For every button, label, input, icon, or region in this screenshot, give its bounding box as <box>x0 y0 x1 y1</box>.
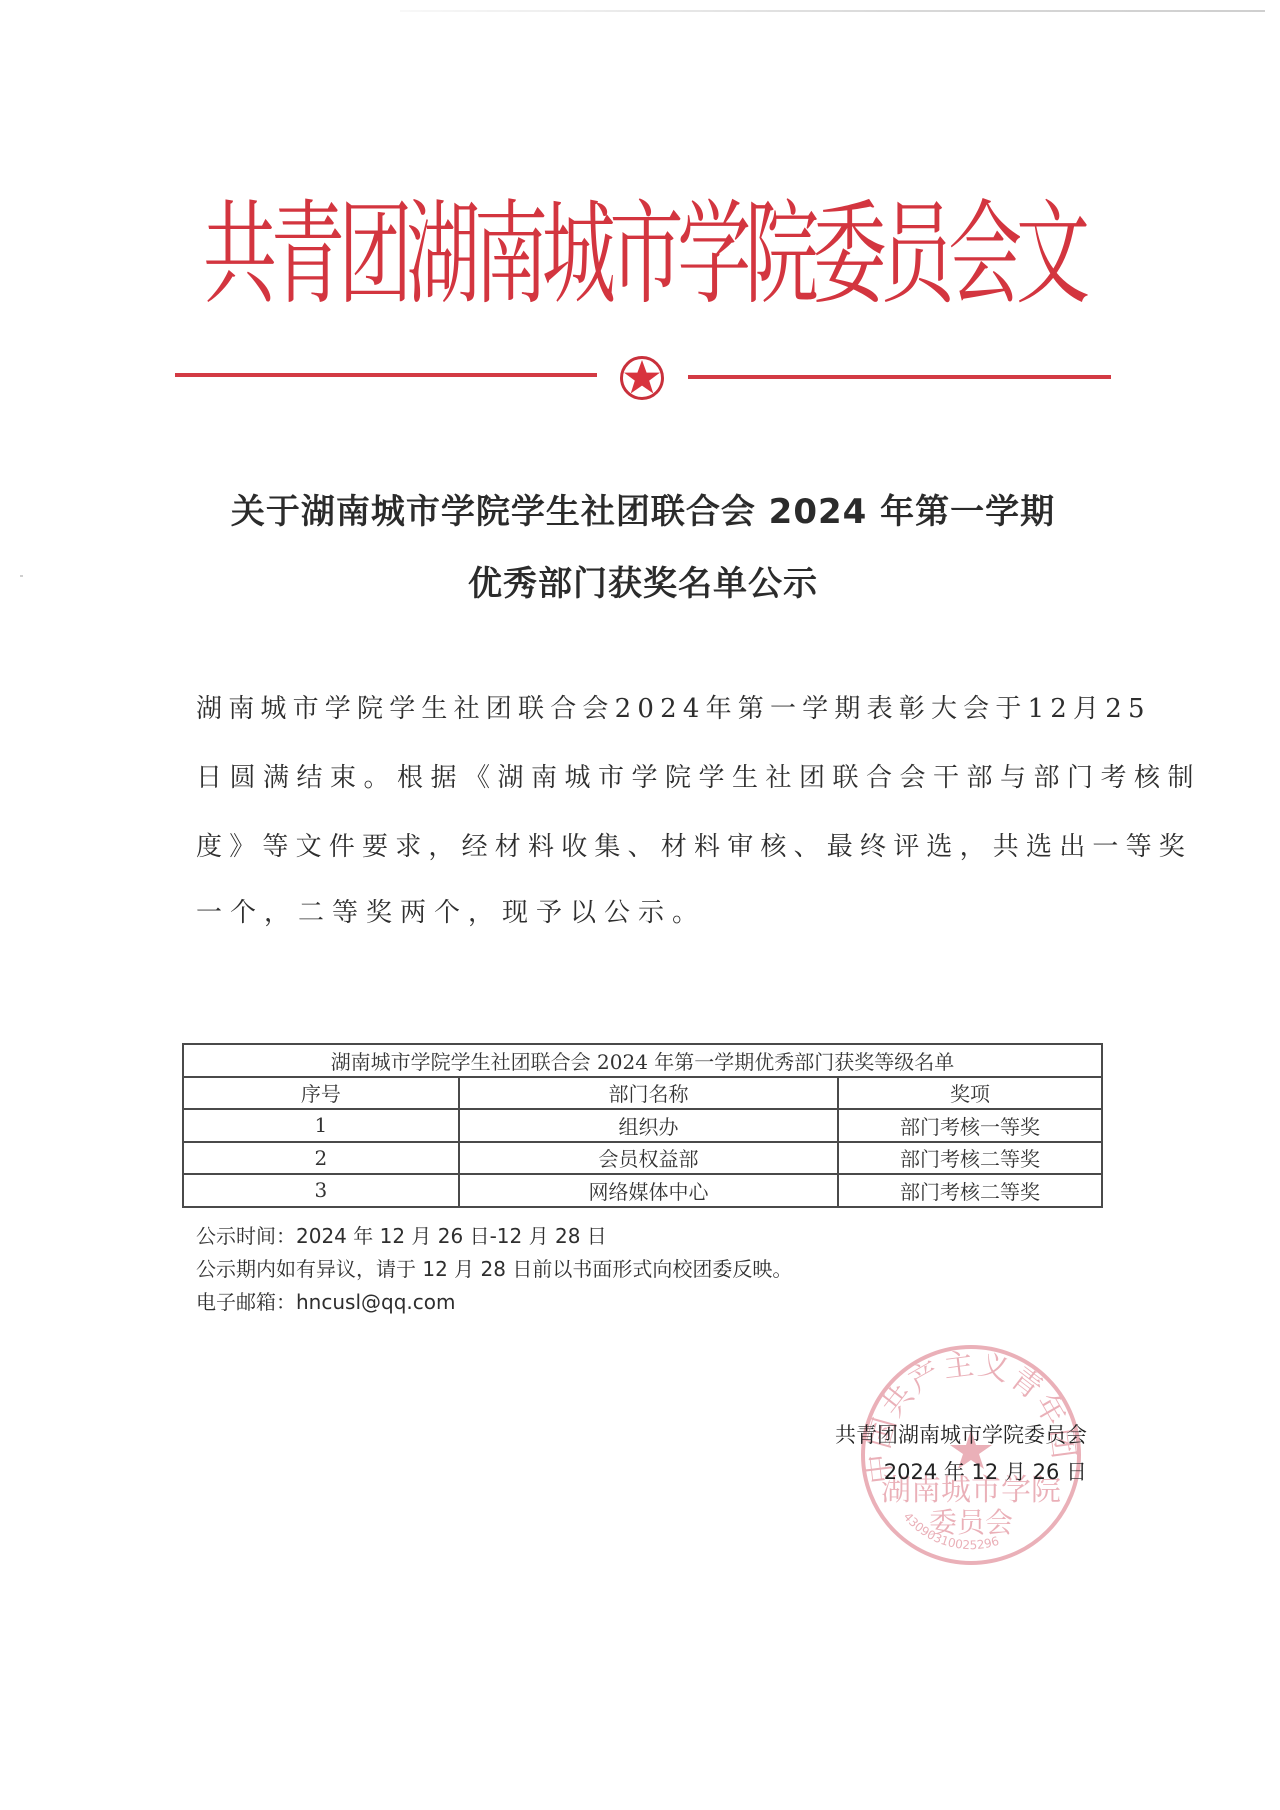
cell-award: 部门考核一等奖 <box>838 1109 1102 1142</box>
column-header-department: 部门名称 <box>459 1077 838 1110</box>
header-title-char: 院 <box>745 199 812 311</box>
cell-index: 2 <box>183 1142 459 1175</box>
column-header-index: 序号 <box>183 1077 459 1110</box>
header-title-char: 湖 <box>406 199 473 311</box>
header-title-char: 共 <box>203 199 270 311</box>
cell-award: 部门考核二等奖 <box>838 1142 1102 1175</box>
header-title-char: 团 <box>339 199 406 311</box>
cell-award: 部门考核二等奖 <box>838 1174 1102 1207</box>
body-line-1: 湖南城市学院学生社团联合会2024年第一学期表彰大会于12月25 <box>196 688 1096 725</box>
header-rule-right <box>688 375 1111 379</box>
notice-title-line1: 关于湖南城市学院学生社团联合会 2024 年第一学期 <box>3 484 1280 533</box>
header-title-char: 青 <box>271 199 338 311</box>
header-title-char: 城 <box>542 199 609 311</box>
header-title-char: 学 <box>677 199 744 311</box>
cell-department: 会员权益部 <box>459 1142 838 1175</box>
body-line-3: 度》等文件要求，经材料收集、材料审核、最终评选，共选出一等奖 <box>196 826 1096 863</box>
cell-department: 组织办 <box>459 1109 838 1142</box>
header-title-char: 委 <box>813 199 880 311</box>
header-title-char: 市 <box>610 199 677 311</box>
objection-notice: 公示期内如有异议，请于 12 月 28 日前以书面形式向校团委反映。 <box>196 1253 792 1282</box>
publicity-period: 公示时间：2024 年 12 月 26 日-12 月 28 日 <box>196 1220 607 1249</box>
body-line-4: 一个，二等奖两个，现予以公示。 <box>196 892 1096 929</box>
column-header-award: 奖项 <box>838 1077 1102 1110</box>
table-row: 3 网络媒体中心 部门考核二等奖 <box>183 1174 1102 1207</box>
header-rule-left <box>175 373 597 377</box>
contact-email: 电子邮箱：hncusl@qq.com <box>196 1286 455 1315</box>
table-header-row: 序号 部门名称 奖项 <box>183 1077 1102 1110</box>
cell-department: 网络媒体中心 <box>459 1174 838 1207</box>
table-caption-row: 湖南城市学院学生社团联合会 2024 年第一学期优秀部门获奖等级名单 <box>183 1044 1102 1077</box>
scan-artifact-line <box>400 10 1265 12</box>
cell-index: 1 <box>183 1109 459 1142</box>
official-seal-stamp-icon: 中国共产主义青年团 湖南城市学院 委员会 4309031002529​6 <box>858 1342 1084 1568</box>
award-table: 湖南城市学院学生社团联合会 2024 年第一学期优秀部门获奖等级名单 序号 部门… <box>182 1043 1103 1208</box>
red-star-emblem-icon <box>619 355 665 401</box>
table-row: 2 会员权益部 部门考核二等奖 <box>183 1142 1102 1175</box>
header-title-char: 员 <box>881 199 948 311</box>
header-title-char: 南 <box>474 199 541 311</box>
header-title-char: 会 <box>948 199 1015 311</box>
table-caption: 湖南城市学院学生社团联合会 2024 年第一学期优秀部门获奖等级名单 <box>183 1044 1102 1077</box>
table-row: 1 组织办 部门考核一等奖 <box>183 1109 1102 1142</box>
body-line-2: 日圆满结束。根据《湖南城市学院学生社团联合会干部与部门考核制 <box>196 757 1096 794</box>
cell-index: 3 <box>183 1174 459 1207</box>
notice-title-line2: 优秀部门获奖名单公示 <box>3 556 1280 605</box>
signature-date: 2024 年 12 月 26 日 <box>884 1456 1087 1486</box>
header-title-char: 文 <box>1016 199 1083 311</box>
signature-organization: 共青团湖南城市学院委员会 <box>835 1419 1087 1449</box>
header-title: 共 青 团 湖 南 城 市 学 院 委 员 会 文 <box>203 190 1083 320</box>
